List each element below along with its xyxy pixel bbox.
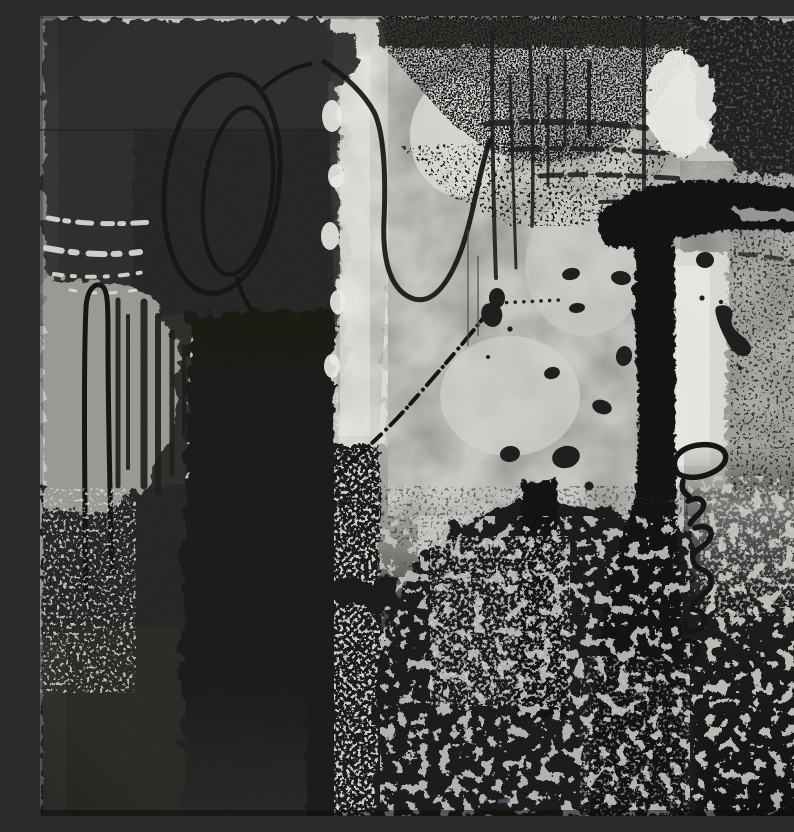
photo-overlay bbox=[40, 16, 794, 816]
edge-shadow-left bbox=[40, 16, 43, 816]
painting: Black, white and grey abstract painting bbox=[40, 16, 794, 816]
edge-shadow-top bbox=[40, 16, 794, 19]
vignette bbox=[40, 16, 794, 816]
edge-shadow-bottom bbox=[40, 810, 794, 816]
painting-canvas: Black, white and grey abstract painting bbox=[40, 16, 794, 816]
